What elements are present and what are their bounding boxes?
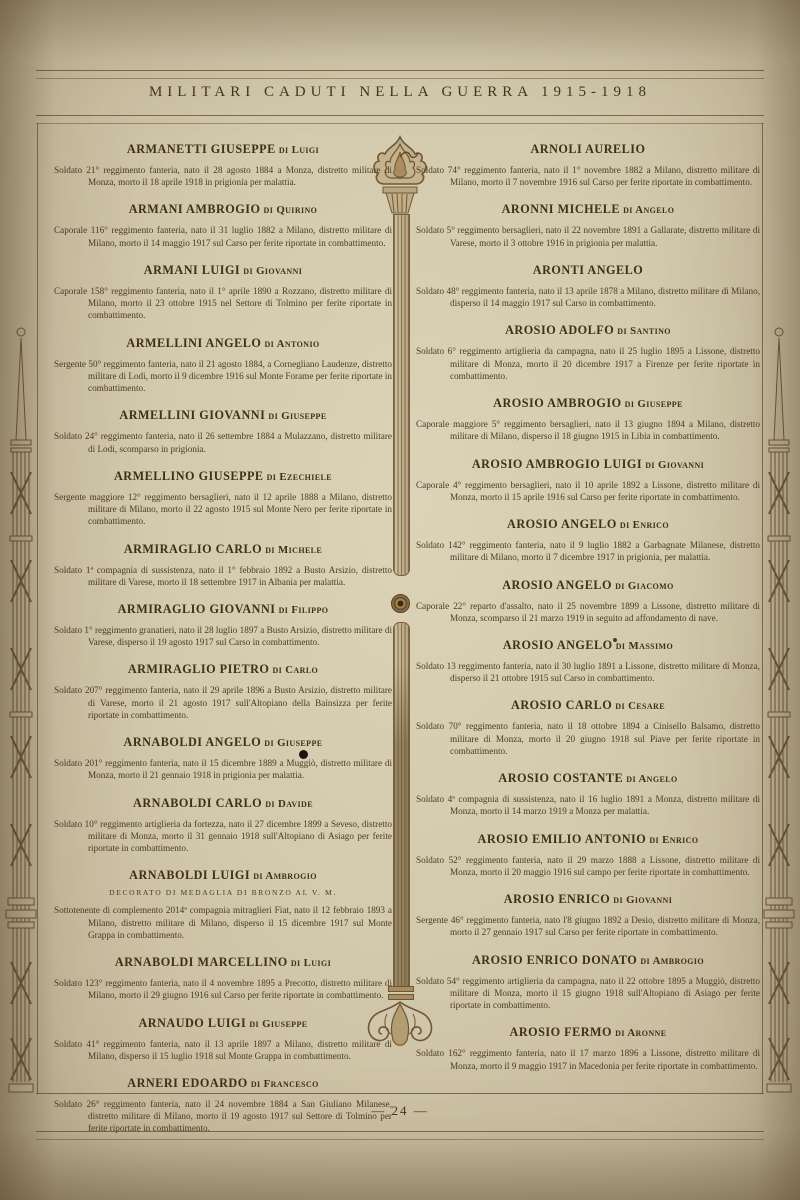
memorial-entry: AROSIO FERMO di AronneSoldato 162° reggi…	[416, 1025, 760, 1071]
entry-surname-and-name: ARNABOLDI ANGELO	[124, 735, 262, 749]
entry-patronymic: di Santino	[614, 325, 671, 337]
entry-body: Caporale 4° reggimento bersaglieri, nato…	[416, 479, 760, 503]
entry-surname-and-name: ARNABOLDI LUIGI	[129, 868, 250, 882]
entry-body: Caporale 22° reparto d'assalto, nato il …	[416, 600, 760, 624]
entry-body: Soldato 207° reggimento fanteria, nato i…	[54, 684, 392, 721]
entry-name: ARNABOLDI MARCELLINO di Luigi	[54, 955, 392, 970]
memorial-entry: AROSIO ENRICO di GiovanniSergente 46° re…	[416, 892, 760, 938]
entry-patronymic: di Quirino	[260, 204, 317, 216]
memorial-entry: ARONTI ANGELOSoldato 48° reggimento fant…	[416, 263, 760, 309]
entry-name: ARONTI ANGELO	[416, 263, 760, 278]
entry-surname-and-name: ARMELLINI GIOVANNI	[119, 408, 265, 422]
entry-patronymic: di Giuseppe	[246, 1018, 307, 1030]
page-title: MILITARI CADUTI NELLA GUERRA 1915-1918	[0, 84, 800, 101]
entry-patronymic: di Giuseppe	[261, 737, 322, 749]
entry-name: ARMANI AMBROGIO di Quirino	[54, 202, 392, 217]
entry-patronymic: di Davide	[262, 798, 313, 810]
entry-name: ARMELLINI ANGELO di Antonio	[54, 336, 392, 351]
entry-patronymic: di Francesco	[248, 1078, 319, 1090]
entry-surname-and-name: AROSIO ENRICO	[504, 892, 610, 906]
entry-surname-and-name: ARMIRAGLIO GIOVANNI	[118, 602, 276, 616]
memorial-entry: AROSIO AMBROGIO di GiuseppeCaporale magg…	[416, 396, 760, 442]
entry-patronymic: di Michele	[262, 544, 322, 556]
entry-patronymic: di Luigi	[276, 144, 319, 156]
entry-name: AROSIO ENRICO DONATO di Ambrogio	[416, 953, 760, 968]
entry-surname-and-name: AROSIO ENRICO DONATO	[472, 953, 637, 967]
entry-body: Soldato 6° reggimento artiglieria da cam…	[416, 345, 760, 382]
header-rule-below	[36, 115, 764, 116]
entry-patronymic: di Filippo	[276, 604, 329, 616]
memorial-entry: ARMELLINI ANGELO di AntonioSergente 50° …	[54, 336, 392, 395]
entry-surname-and-name: AROSIO AMBROGIO	[493, 396, 621, 410]
torch-column-lower	[393, 622, 410, 988]
memorial-entry: ARMIRAGLIO CARLO di MicheleSoldato 1ª co…	[54, 542, 392, 588]
entry-surname-and-name: ARMANI AMBROGIO	[129, 202, 261, 216]
entry-name: AROSIO ANGELO di Enrico	[416, 517, 760, 532]
entry-name: ARMIRAGLIO GIOVANNI di Filippo	[54, 602, 392, 617]
entry-body: Soldato 52° reggimento fanteria, nato il…	[416, 854, 760, 878]
entry-name: AROSIO ADOLFO di Santino	[416, 323, 760, 338]
entry-body: Sottotenente di complemento 2014ª compag…	[54, 904, 392, 941]
memorial-entry: AROSIO CARLO di CesareSoldato 70° reggim…	[416, 698, 760, 757]
entry-body: Soldato 1ª compagnia di sussistenza, nat…	[54, 564, 392, 588]
entry-body: Caporale 158° reggimento fanteria, nato …	[54, 285, 392, 322]
torch-column-upper	[393, 214, 410, 576]
entry-surname-and-name: ARONTI ANGELO	[533, 263, 643, 277]
page-number: — 24 —	[0, 1103, 800, 1119]
entry-surname-and-name: AROSIO ANGELO	[503, 638, 613, 652]
entry-name: AROSIO ANGELO di Massimo	[416, 638, 760, 653]
entry-name: ARNABOLDI LUIGI di Ambrogio	[54, 868, 392, 883]
entry-patronymic: di Ezechiele	[264, 471, 332, 483]
entry-patronymic: di Cesare	[612, 700, 665, 712]
memorial-entry: ARMIRAGLIO PIETRO di CarloSoldato 207° r…	[54, 662, 392, 721]
column-right: ARNOLI AURELIOSoldato 74° reggimento fan…	[416, 142, 760, 1086]
entry-body: Soldato 54° reggimento artiglieria da ca…	[416, 975, 760, 1012]
entry-surname-and-name: ARMIRAGLIO PIETRO	[128, 662, 270, 676]
entry-surname-and-name: AROSIO ANGELO	[507, 517, 617, 531]
memorial-entry: AROSIO ENRICO DONATO di AmbrogioSoldato …	[416, 953, 760, 1012]
entry-surname-and-name: AROSIO EMILIO ANTONIO	[478, 832, 647, 846]
header-rule-below2	[36, 123, 764, 124]
entry-body: Soldato 24° reggimento fanteria, nato il…	[54, 430, 392, 454]
entry-name: AROSIO AMBROGIO di Giuseppe	[416, 396, 760, 411]
entry-name: AROSIO EMILIO ANTONIO di Enrico	[416, 832, 760, 847]
entry-body: Soldato 48° reggimento fanteria, nato il…	[416, 285, 760, 309]
memorial-entry: ARNABOLDI MARCELLINO di LuigiSoldato 123…	[54, 955, 392, 1001]
entry-name: ARMELLINI GIOVANNI di Giuseppe	[54, 408, 392, 423]
fasces-border-left-icon	[0, 322, 46, 1122]
memorial-entry: ARONNI MICHELE di AngeloSoldato 5° reggi…	[416, 202, 760, 248]
entry-body: Soldato 13 reggimento fanteria, nato il …	[416, 660, 760, 684]
memorial-entry: AROSIO AMBROGIO LUIGI di GiovanniCaporal…	[416, 457, 760, 503]
entry-body: Soldato 162° reggimento fanteria, nato i…	[416, 1047, 760, 1071]
entry-patronymic: di Massimo	[613, 640, 673, 652]
entry-body: Soldato 201° reggimento fanteria, nato i…	[54, 757, 392, 781]
entry-name: AROSIO AMBROGIO LUIGI di Giovanni	[416, 457, 760, 472]
entry-body: Sergente 46° reggimento fanteria, nato l…	[416, 914, 760, 938]
entry-name: ARNOLI AURELIO	[416, 142, 760, 157]
entry-patronymic: di Giacomo	[612, 580, 674, 592]
entry-body: Soldato 5° reggimento bersaglieri, nato …	[416, 224, 760, 248]
entry-surname-and-name: ARMELLINI ANGELO	[126, 336, 261, 350]
entry-body: Sergente 50° reggimento fanteria, nato i…	[54, 358, 392, 395]
entry-name: ARMELLINO GIUSEPPE di Ezechiele	[54, 469, 392, 484]
memorial-entry: AROSIO EMILIO ANTONIO di EnricoSoldato 5…	[416, 832, 760, 878]
memorial-entry: ARMELLINI GIOVANNI di GiuseppeSoldato 24…	[54, 408, 392, 454]
entry-name: AROSIO COSTANTE di Angelo	[416, 771, 760, 786]
header-rule-inner	[36, 78, 764, 79]
memorial-entry: AROSIO ANGELO di MassimoSoldato 13 reggi…	[416, 638, 760, 684]
memorial-entry: ARMANI AMBROGIO di QuirinoCaporale 116° …	[54, 202, 392, 248]
entry-body: Soldato 1° reggimento granatieri, nato i…	[54, 624, 392, 648]
entry-name: AROSIO ENRICO di Giovanni	[416, 892, 760, 907]
scanned-book-page: MILITARI CADUTI NELLA GUERRA 1915-1918	[0, 0, 800, 1200]
entry-patronymic: di Enrico	[617, 519, 669, 531]
memorial-entry: ARMANI LUIGI di GiovanniCaporale 158° re…	[54, 263, 392, 322]
memorial-entry: ARMANETTI GIUSEPPE di LuigiSoldato 21° r…	[54, 142, 392, 188]
entry-name: ARMIRAGLIO CARLO di Michele	[54, 542, 392, 557]
footer-rule-top	[36, 1093, 764, 1094]
entry-surname-and-name: ARONNI MICHELE	[502, 202, 620, 216]
entry-name: ARNABOLDI ANGELO di Giuseppe	[54, 735, 392, 750]
memorial-entry: ARNAUDO LUIGI di GiuseppeSoldato 41° reg…	[54, 1016, 392, 1062]
entry-decoration: DECORATO DI MEDAGLIA DI BRONZO AL V. M.	[54, 888, 392, 897]
entry-surname-and-name: ARMIRAGLIO CARLO	[124, 542, 262, 556]
rosette-icon	[391, 594, 410, 613]
fasces-border-right-icon	[754, 322, 800, 1122]
entry-surname-and-name: AROSIO CARLO	[511, 698, 612, 712]
entry-surname-and-name: AROSIO ADOLFO	[505, 323, 614, 337]
entry-name: ARNABOLDI CARLO di Davide	[54, 796, 392, 811]
entry-name: ARMANETTI GIUSEPPE di Luigi	[54, 142, 392, 157]
entry-patronymic: di Ambrogio	[637, 955, 704, 967]
memorial-entry: AROSIO COSTANTE di AngeloSoldato 4ª comp…	[416, 771, 760, 817]
header-rule-outer	[36, 70, 764, 71]
memorial-entry: ARMIRAGLIO GIOVANNI di FilippoSoldato 1°…	[54, 602, 392, 648]
memorial-entry: AROSIO ADOLFO di SantinoSoldato 6° reggi…	[416, 323, 760, 382]
entry-body: Soldato 70° reggimento fanteria, nato il…	[416, 720, 760, 757]
entry-surname-and-name: AROSIO FERMO	[510, 1025, 613, 1039]
entry-patronymic: di Antonio	[261, 338, 319, 350]
entry-surname-and-name: AROSIO ANGELO	[502, 578, 612, 592]
entry-body: Soldato 4ª compagnia di sussistenza, nat…	[416, 793, 760, 817]
entry-patronymic: di Giuseppe	[622, 398, 683, 410]
entry-surname-and-name: AROSIO AMBROGIO LUIGI	[472, 457, 642, 471]
entry-body: Soldato 10° reggimento artiglieria da fo…	[54, 818, 392, 855]
entry-body: Caporale maggiore 5° reggimento bersagli…	[416, 418, 760, 442]
entry-patronymic: di Ambrogio	[250, 870, 317, 882]
entry-patronymic: di Luigi	[288, 957, 331, 969]
entry-body: Soldato 21° reggimento fanteria, nato il…	[54, 164, 392, 188]
memorial-entry: ARNOLI AURELIOSoldato 74° reggimento fan…	[416, 142, 760, 188]
entry-surname-and-name: AROSIO COSTANTE	[498, 771, 623, 785]
column-left: ARMANETTI GIUSEPPE di LuigiSoldato 21° r…	[54, 142, 392, 1149]
entry-name: ARMANI LUIGI di Giovanni	[54, 263, 392, 278]
entry-patronymic: di Giovanni	[610, 894, 672, 906]
entry-body: Soldato 74° reggimento fanteria, nato il…	[416, 164, 760, 188]
entry-patronymic: di Enrico	[646, 834, 698, 846]
memorial-entry: ARMELLINO GIUSEPPE di EzechieleSergente …	[54, 469, 392, 528]
entry-surname-and-name: ARMANI LUIGI	[144, 263, 240, 277]
footer-rule-bottom	[36, 1131, 764, 1132]
entry-surname-and-name: ARNABOLDI CARLO	[133, 796, 262, 810]
entry-surname-and-name: ARNERI EDOARDO	[127, 1076, 247, 1090]
entry-body: Soldato 142° reggimento fanteria, nato i…	[416, 539, 760, 563]
entry-patronymic: di Angelo	[623, 773, 677, 785]
entry-patronymic: di Carlo	[269, 664, 318, 676]
entry-name: AROSIO ANGELO di Giacomo	[416, 578, 760, 593]
entry-surname-and-name: ARMELLINO GIUSEPPE	[114, 469, 264, 483]
memorial-entry: ARNABOLDI ANGELO di GiuseppeSoldato 201°…	[54, 735, 392, 781]
entry-surname-and-name: ARMANETTI GIUSEPPE	[127, 142, 276, 156]
memorial-entry: ARNABOLDI LUIGI di AmbrogioDECORATO DI M…	[54, 868, 392, 941]
entry-patronymic: di Giovanni	[240, 265, 302, 277]
entry-patronymic: di Aronne	[612, 1027, 666, 1039]
footer-rule-bottom2	[36, 1139, 764, 1140]
entry-surname-and-name: ARNOLI AURELIO	[530, 142, 645, 156]
entry-body: Soldato 123° reggimento fanteria, nato i…	[54, 977, 392, 1001]
memorial-entry: ARNABOLDI CARLO di DavideSoldato 10° reg…	[54, 796, 392, 855]
entry-name: AROSIO FERMO di Aronne	[416, 1025, 760, 1040]
entry-body: Caporale 116° reggimento fanteria, nato …	[54, 224, 392, 248]
entry-patronymic: di Angelo	[620, 204, 674, 216]
entry-name: ARNAUDO LUIGI di Giuseppe	[54, 1016, 392, 1031]
entry-patronymic: di Giovanni	[642, 459, 704, 471]
memorial-entry: AROSIO ANGELO di EnricoSoldato 142° regg…	[416, 517, 760, 563]
entry-body: Soldato 41° reggimento fanteria, nato il…	[54, 1038, 392, 1062]
entry-name: ARNERI EDOARDO di Francesco	[54, 1076, 392, 1091]
entry-name: AROSIO CARLO di Cesare	[416, 698, 760, 713]
entry-body: Sergente maggiore 12° reggimento bersagl…	[54, 491, 392, 528]
entry-surname-and-name: ARNAUDO LUIGI	[138, 1016, 246, 1030]
entry-name: ARMIRAGLIO PIETRO di Carlo	[54, 662, 392, 677]
entry-patronymic: di Giuseppe	[265, 410, 326, 422]
memorial-entry: AROSIO ANGELO di GiacomoCaporale 22° rep…	[416, 578, 760, 624]
entry-name: ARONNI MICHELE di Angelo	[416, 202, 760, 217]
entry-surname-and-name: ARNABOLDI MARCELLINO	[115, 955, 288, 969]
